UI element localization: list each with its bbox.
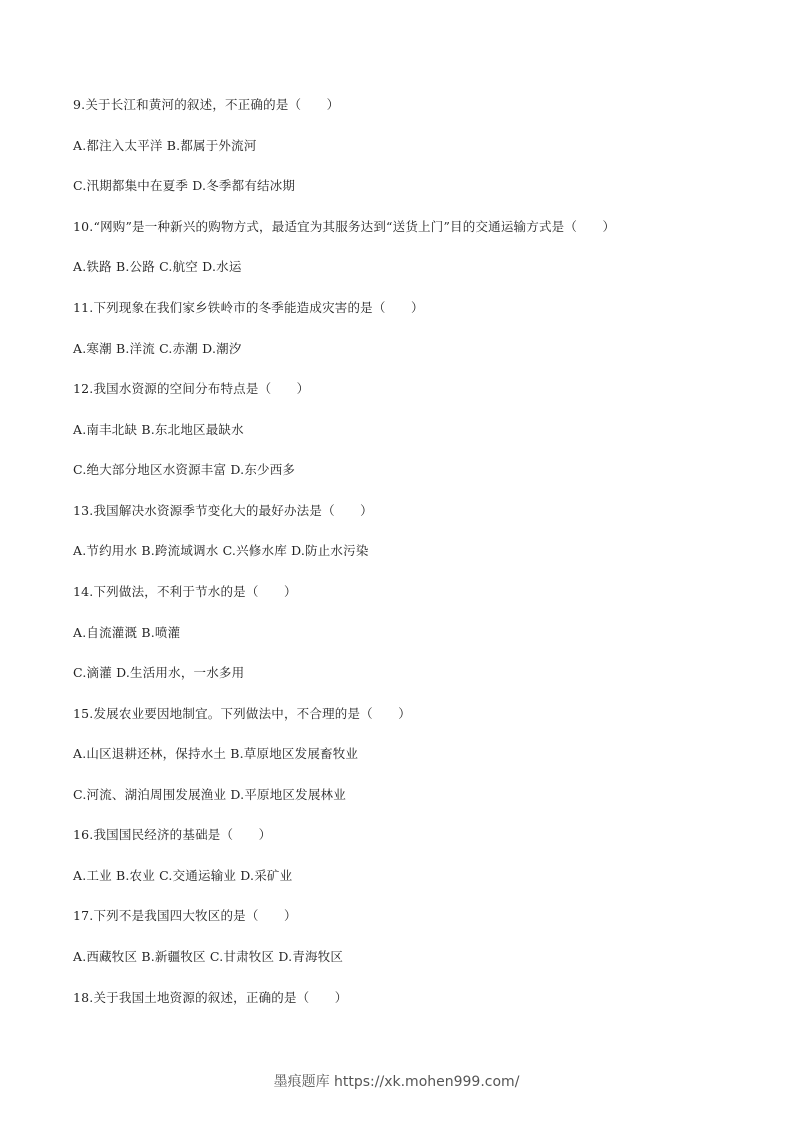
question-10-options-1: A.铁路 B.公路 C.航空 D.水运 bbox=[73, 259, 242, 275]
question-15-stem: 15.发展农业要因地制宜。下列做法中，不合理的是（ ） bbox=[73, 706, 411, 722]
question-15-options-1: A.山区退耕还林，保持水土 B.草原地区发展畜牧业 bbox=[73, 746, 358, 762]
question-14-stem: 14.下列做法，不利于节水的是（ ） bbox=[73, 584, 297, 600]
question-16-stem: 16.我国国民经济的基础是（ ） bbox=[73, 827, 271, 843]
question-14-options-1: A.自流灌溉 B.喷灌 bbox=[73, 625, 180, 641]
footer-watermark: 墨痕题库 https://xk.mohen999.com/ bbox=[0, 1071, 793, 1091]
question-16-options-1: A.工业 B.农业 C.交通运输业 D.采矿业 bbox=[73, 868, 292, 884]
question-13-stem: 13.我国解决水资源季节变化大的最好办法是（ ） bbox=[73, 503, 373, 519]
question-12-options-2: C.绝大部分地区水资源丰富 D.东少西多 bbox=[73, 462, 295, 478]
question-18-stem: 18.关于我国土地资源的叙述，正确的是（ ） bbox=[73, 990, 347, 1006]
question-9-stem: 9.关于长江和黄河的叙述，不正确的是（ ） bbox=[73, 97, 339, 113]
question-14-options-2: C.滴灌 D.生活用水，一水多用 bbox=[73, 665, 244, 681]
question-10-stem: 10.“网购”是一种新兴的购物方式，最适宜为其服务达到“送货上门”目的交通运输方… bbox=[73, 219, 615, 235]
question-9-options-2: C.汛期都集中在夏季 D.冬季都有结冰期 bbox=[73, 178, 295, 194]
question-9-options-1: A.都注入太平洋 B.都属于外流河 bbox=[73, 138, 257, 154]
document-page: 9.关于长江和黄河的叙述，不正确的是（ ） A.都注入太平洋 B.都属于外流河 … bbox=[0, 0, 793, 1122]
question-11-options-1: A.寒潮 B.洋流 C.赤潮 D.潮汐 bbox=[73, 341, 242, 357]
question-15-options-2: C.河流、湖泊周围发展渔业 D.平原地区发展林业 bbox=[73, 787, 346, 803]
question-17-stem: 17.下列不是我国四大牧区的是（ ） bbox=[73, 908, 297, 924]
question-12-options-1: A.南丰北缺 B.东北地区最缺水 bbox=[73, 422, 244, 438]
question-17-options-1: A.西藏牧区 B.新疆牧区 C.甘肃牧区 D.青海牧区 bbox=[73, 949, 343, 965]
question-11-stem: 11.下列现象在我们家乡铁岭市的冬季能造成灾害的是（ ） bbox=[73, 300, 424, 316]
question-13-options-1: A.节约用水 B.跨流域调水 C.兴修水库 D.防止水污染 bbox=[73, 543, 369, 559]
question-12-stem: 12.我国水资源的空间分布特点是（ ） bbox=[73, 381, 309, 397]
